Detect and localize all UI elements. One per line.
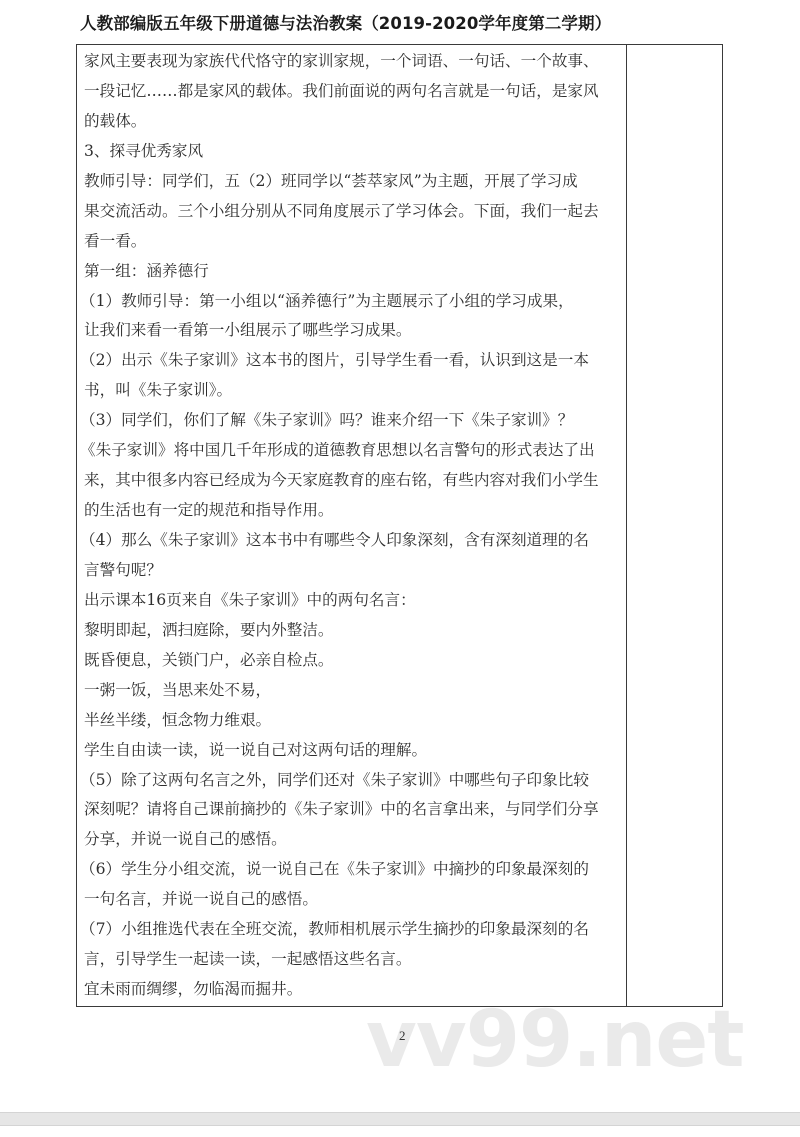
step-line: （7）小组推选代表在全班交流，教师相机展示学生摘抄的印象最深刻的名 — [80, 915, 620, 945]
quote-line: 宜未雨而绸缪，勿临渴而掘井。 — [84, 975, 620, 1005]
page-number: 2 — [399, 1028, 406, 1044]
text-line: 书，叫《朱子家训》。 — [84, 376, 620, 406]
notes-cell — [627, 45, 722, 1006]
text-line: 来，其中很多内容已经成为今天家庭教育的座右铭，有些内容对我们小学生 — [84, 466, 620, 496]
text-line: 家风主要表现为家族代代恪守的家训家规，一个词语、一句话、一个故事、 — [84, 47, 620, 77]
text-line: 言，引导学生一起读一读，一起感悟这些名言。 — [84, 945, 620, 975]
text-line: 看一看。 — [84, 227, 620, 257]
text-line: 的生活也有一定的规范和指导作用。 — [84, 496, 620, 526]
text-line: 的载体。 — [84, 107, 620, 137]
text-line: 教师引导：同学们，五（2）班同学以“荟萃家风”为主题，开展了学习成 — [84, 167, 620, 197]
step-line: （5）除了这两句名言之外，同学们还对《朱子家训》中哪些句子印象比较 — [80, 766, 620, 796]
page-separator — [0, 1112, 800, 1126]
text-line: 深刻呢？请将自己课前摘抄的《朱子家训》中的名言拿出来，与同学们分享 — [84, 795, 620, 825]
lesson-content-cell: 家风主要表现为家族代代恪守的家训家规，一个词语、一句话、一个故事、 一段记忆……… — [77, 45, 627, 1006]
text-line: 出示课本16页来自《朱子家训》中的两句名言： — [84, 586, 620, 616]
step-line: （6）学生分小组交流，说一说自己在《朱子家训》中摘抄的印象最深刻的 — [80, 855, 620, 885]
step-line: （3）同学们，你们了解《朱子家训》吗？谁来介绍一下《朱子家训》？ — [80, 406, 620, 436]
text-line: 一段记忆……都是家风的载体。我们前面说的两句名言就是一句话，是家风 — [84, 77, 620, 107]
text-line: 《朱子家训》将中国几千年形成的道德教育思想以名言警句的形式表达了出 — [80, 436, 620, 466]
text-line: 分享，并说一说自己的感悟。 — [84, 825, 620, 855]
quote-line: 黎明即起，洒扫庭除，要内外整洁。 — [84, 616, 620, 646]
step-line: （2）出示《朱子家训》这本书的图片，引导学生看一看，认识到这是一本 — [80, 346, 620, 376]
lesson-plan-table: 家风主要表现为家族代代恪守的家训家规，一个词语、一句话、一个故事、 一段记忆……… — [76, 44, 723, 1007]
document-title: 人教部编版五年级下册道德与法治教案（2019-2020学年度第二学期） — [80, 12, 611, 36]
text-line: 一句名言，并说一说自己的感悟。 — [84, 885, 620, 915]
quote-line: 既昏便息，关锁门户，必亲自检点。 — [84, 646, 620, 676]
section-heading: 3、探寻优秀家风 — [84, 137, 620, 167]
text-line: 学生自由读一读，说一说自己对这两句话的理解。 — [84, 736, 620, 766]
watermark: vv99.net — [366, 995, 744, 1085]
text-line: 言警句呢？ — [84, 556, 620, 586]
step-line: （1）教师引导：第一小组以“涵养德行”为主题展示了小组的学习成果， — [80, 287, 620, 317]
step-line: （4）那么《朱子家训》这本书中有哪些令人印象深刻，含有深刻道理的名 — [80, 526, 620, 556]
quote-line: 一粥一饭，当思来处不易， — [84, 676, 620, 706]
text-line: 果交流活动。三个小组分别从不同角度展示了学习体会。下面，我们一起去 — [84, 197, 620, 227]
text-line: 让我们来看一看第一小组展示了哪些学习成果。 — [84, 316, 620, 346]
group-heading: 第一组：涵养德行 — [84, 257, 620, 287]
quote-line: 半丝半缕，恒念物力维艰。 — [84, 706, 620, 736]
